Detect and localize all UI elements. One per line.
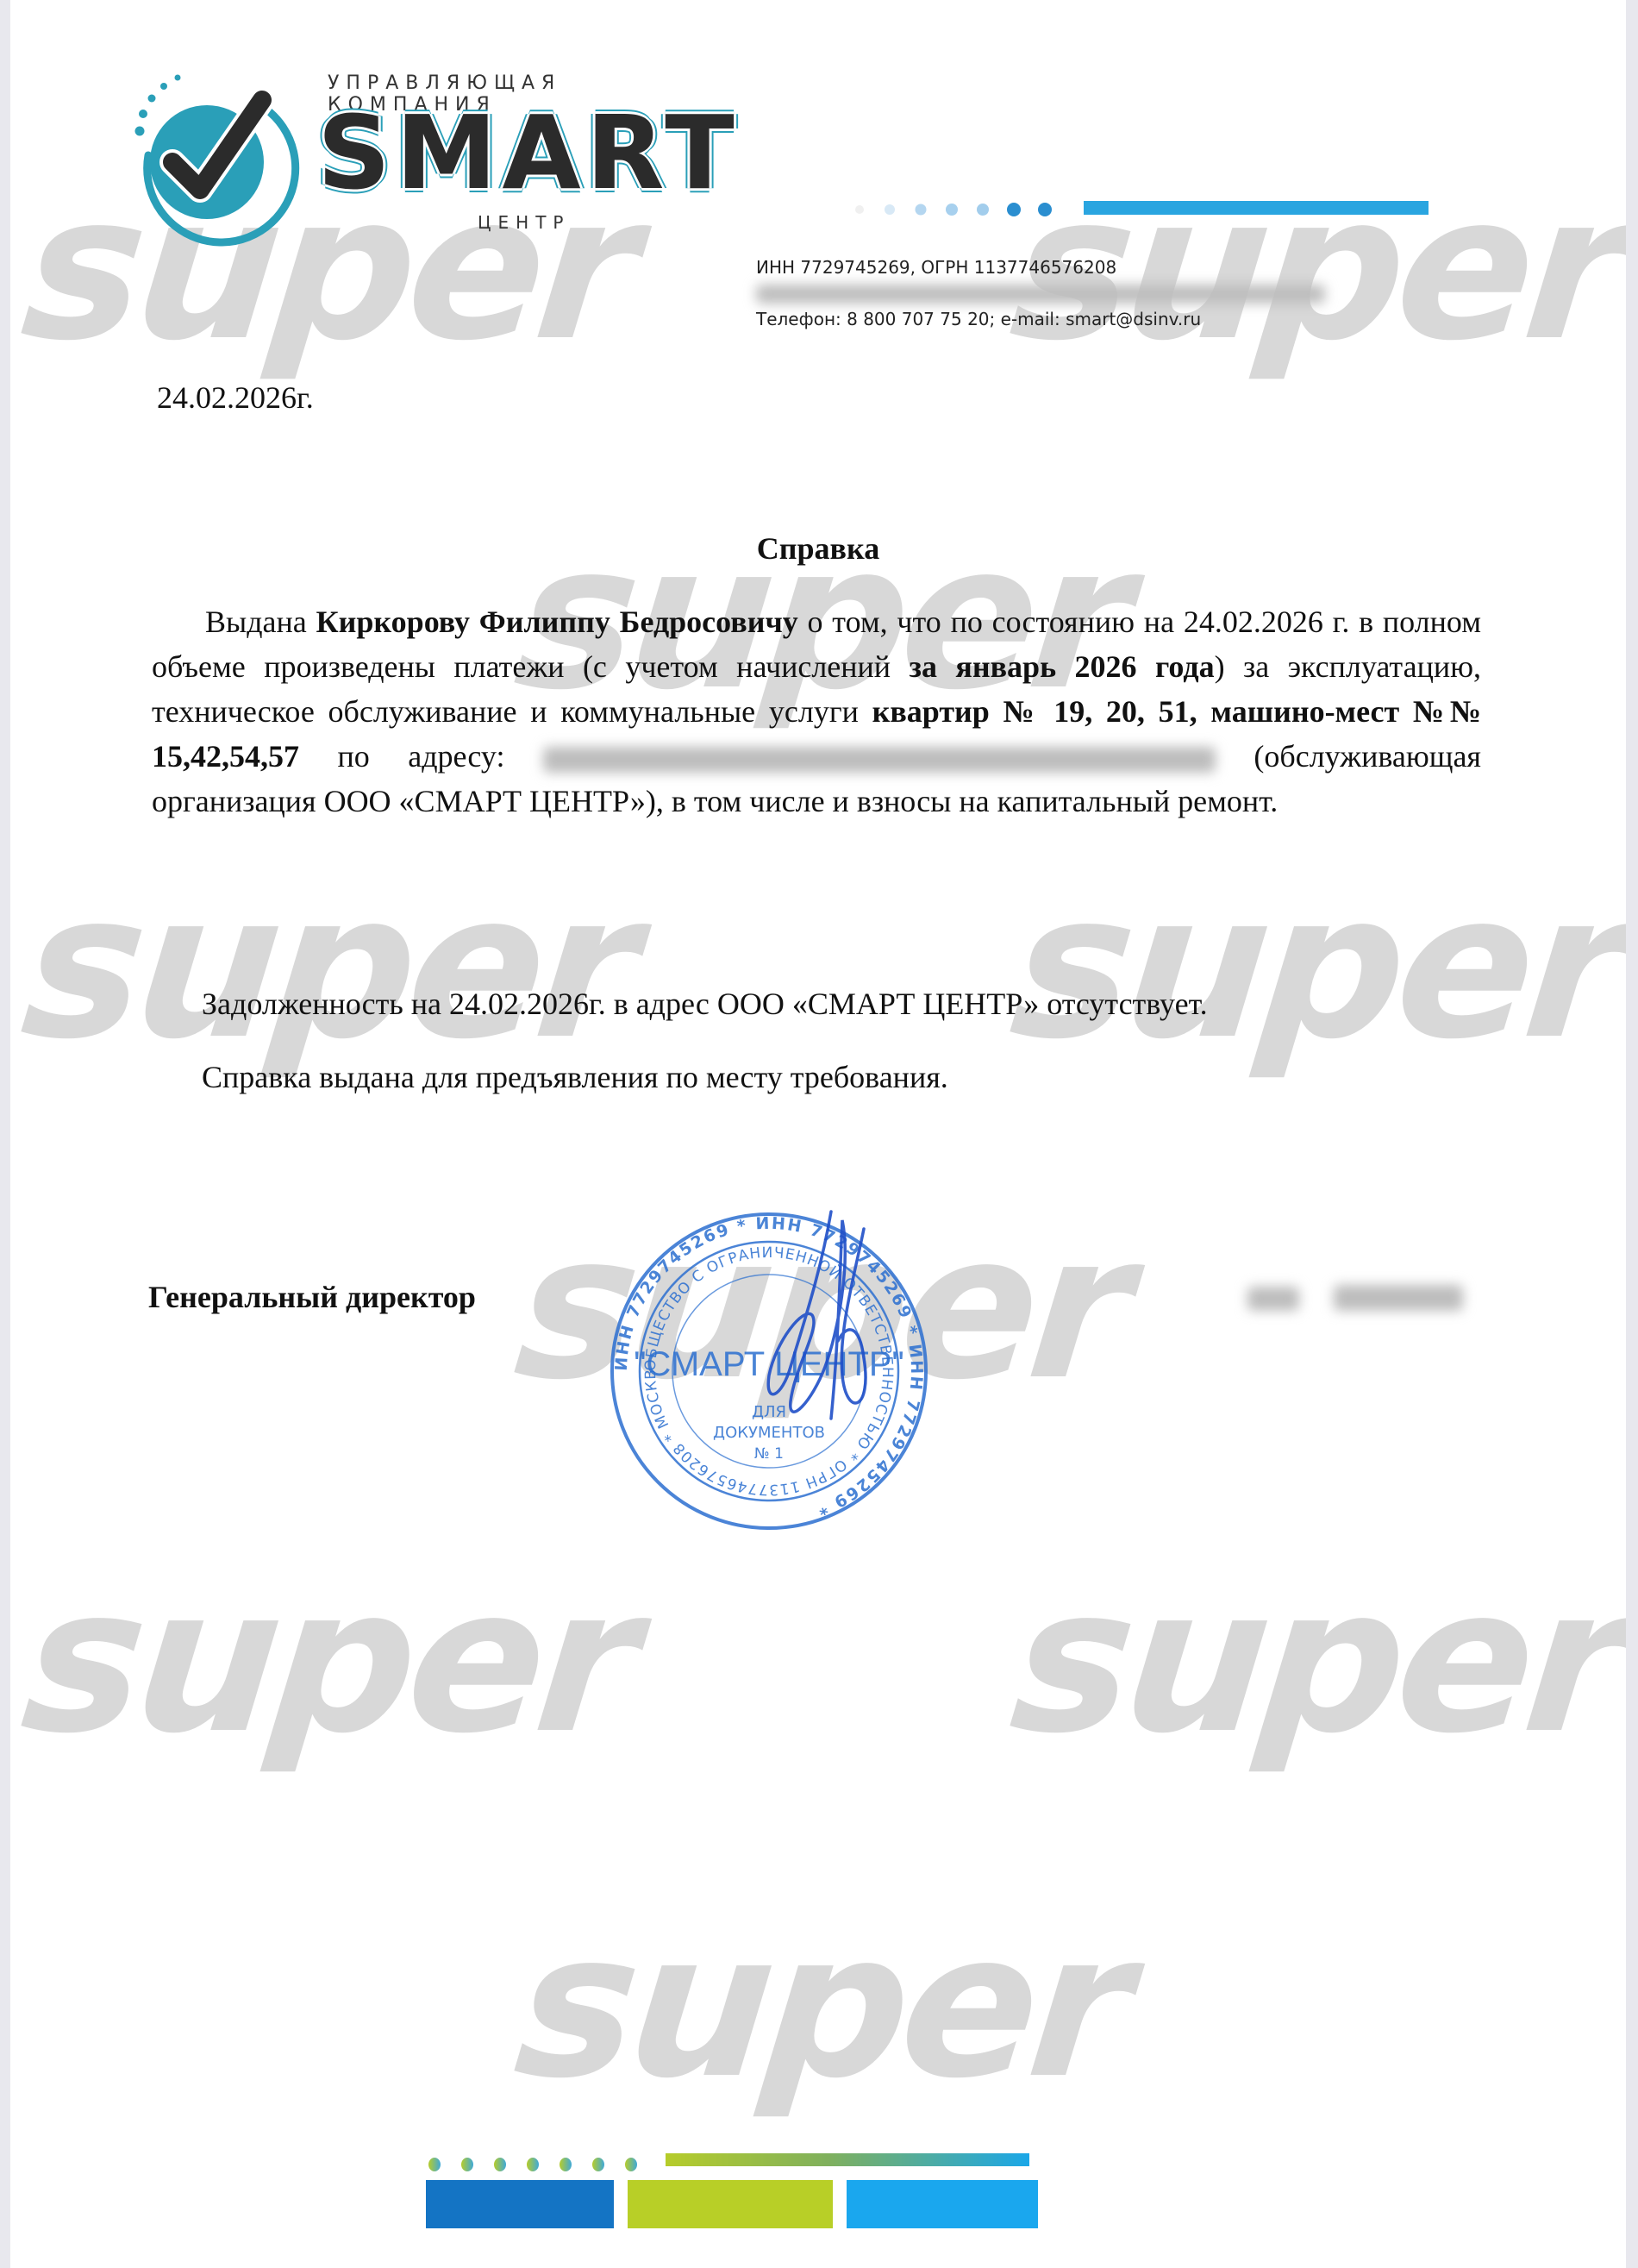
- company-stamp: ИНН 7729745269 * ИНН 7729745269 * ИНН 77…: [605, 1203, 933, 1539]
- address-redacted: [756, 285, 1325, 310]
- purpose-statement: Справка выдана для предъявления по месту…: [202, 1059, 948, 1095]
- billing-period: за январь 2026 года: [910, 649, 1215, 684]
- footer-block-green: [628, 2180, 833, 2228]
- company-logo: УПРАВЛЯЮЩАЯ КОМПАНИЯ SMART ЦЕНТР: [114, 60, 735, 241]
- svg-text:ДОКУМЕНТОВ: ДОКУМЕНТОВ: [713, 1424, 825, 1442]
- document-date: 24.02.2026г.: [157, 379, 314, 416]
- company-requisites: ИНН 7729745269, ОГРН 1137746576208 Телеф…: [756, 259, 1325, 336]
- recipient-name: Киркорову Филиппу Бедросовичу: [316, 605, 798, 639]
- svg-text:ДЛЯ: ДЛЯ: [752, 1403, 786, 1421]
- footer-dots-decor: [424, 2156, 648, 2173]
- header-dots-decor: [855, 201, 1079, 218]
- logo-brand: SMART: [317, 102, 740, 204]
- signer-title: Генеральный директор: [148, 1279, 476, 1315]
- signer-name-redacted: [1247, 1285, 1463, 1315]
- document-page: super super super super super super supe…: [10, 0, 1626, 2268]
- body-text: по адресу:: [299, 739, 543, 774]
- header-bar-decor: [1084, 201, 1429, 215]
- address-redacted: [543, 747, 1216, 773]
- svg-text:№ 1: № 1: [754, 1445, 784, 1463]
- document-title: Справка: [10, 530, 1626, 567]
- checkmark-circle-icon: [114, 60, 303, 250]
- body-text: Выдана: [205, 605, 316, 639]
- footer-block-lightblue: [847, 2180, 1038, 2228]
- logo-subtitle: ЦЕНТР: [478, 212, 570, 233]
- footer-block-blue: [426, 2180, 614, 2228]
- footer-gradient-bar: [666, 2153, 1029, 2166]
- document-body: Выдана Киркорову Филиппу Бедросовичу о т…: [152, 599, 1481, 824]
- debt-statement: Задолженность на 24.02.2026г. в адрес ОО…: [202, 986, 1208, 1022]
- contacts: Телефон: 8 800 707 75 20; e-mail: smart@…: [756, 310, 1325, 336]
- inn-ogrn: ИНН 7729745269, ОГРН 1137746576208: [756, 259, 1325, 285]
